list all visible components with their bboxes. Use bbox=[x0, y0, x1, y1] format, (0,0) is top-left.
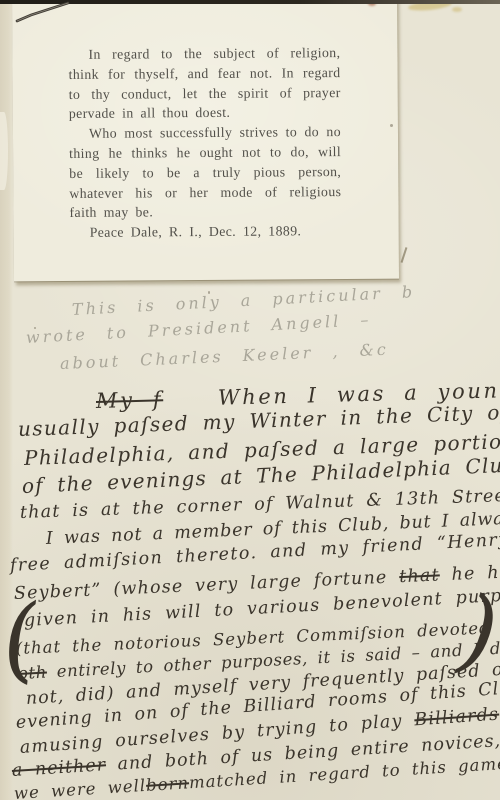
card-dateline: Peace Dale, R. I., Dec. 12, 1889. bbox=[70, 221, 342, 243]
card-quote: In regard to the subject of religion, th… bbox=[68, 43, 341, 243]
struck-text: a neither bbox=[11, 755, 106, 781]
struck-text: Billiards bbox=[414, 705, 500, 731]
struck-text: My f bbox=[96, 387, 164, 413]
struck-text: born bbox=[145, 773, 189, 795]
scan-top-edge bbox=[0, 0, 500, 4]
pencil-line: about Charles Keeler , &c bbox=[60, 340, 390, 373]
card-quote-paragraph: Who most successfully strives to do no t… bbox=[69, 122, 342, 223]
pen-slip-mark bbox=[401, 247, 408, 263]
attached-card: In regard to the subject of religion, th… bbox=[12, 0, 399, 281]
struck-text: that bbox=[399, 565, 440, 587]
big-open-paren: ( bbox=[0, 593, 42, 688]
page-scan: In regard to the subject of religion, th… bbox=[0, 0, 500, 800]
pin-icon bbox=[14, 0, 74, 26]
dust-speck bbox=[34, 327, 36, 329]
card-quote-paragraph: In regard to the subject of religion, th… bbox=[68, 43, 341, 124]
dust-speck bbox=[208, 291, 210, 294]
page-edge-chip bbox=[0, 112, 8, 190]
stain bbox=[452, 7, 462, 12]
dust-speck bbox=[390, 124, 393, 127]
